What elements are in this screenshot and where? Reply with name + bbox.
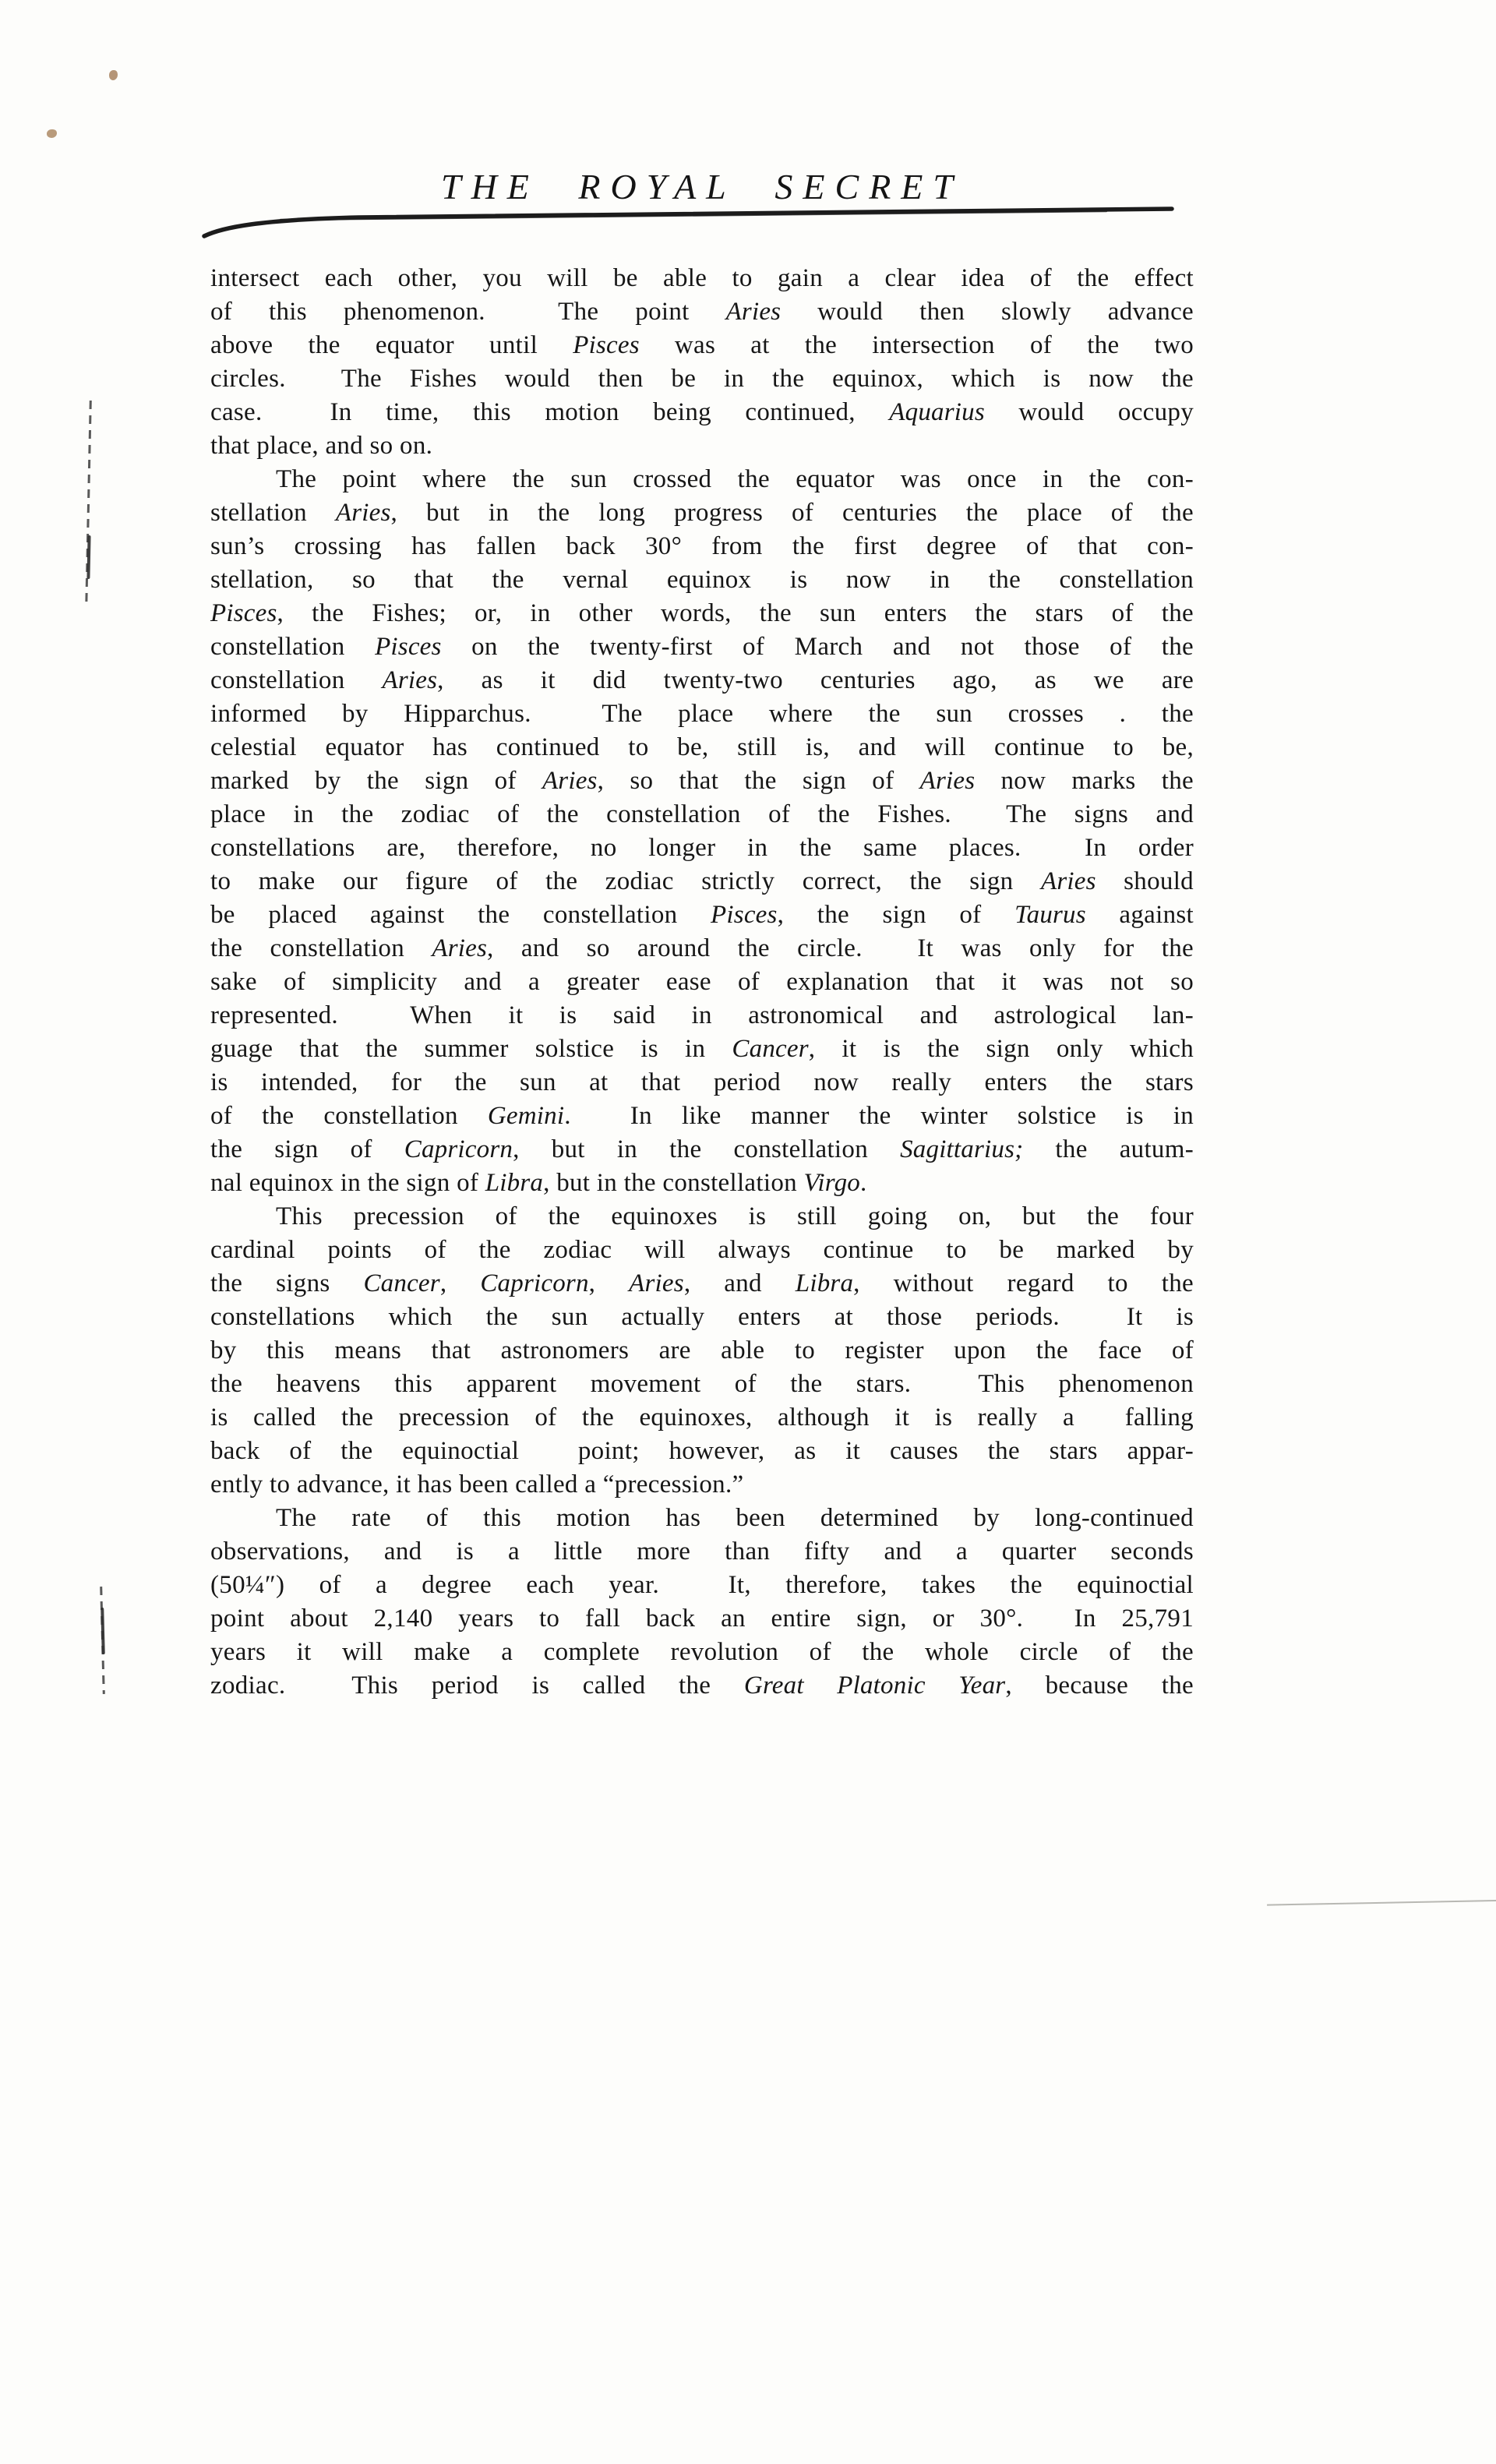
paragraph: The rate of this motion has been determi… xyxy=(210,1502,1194,1703)
text-line: place in the zodiac of the constellation… xyxy=(210,798,1194,831)
text-line: to make our figure of the zodiac strictl… xyxy=(210,865,1194,898)
text-line: is called the precession of the equinoxe… xyxy=(210,1401,1194,1435)
text-line: constellation Pisces on the twenty-first… xyxy=(210,630,1194,664)
text-line: stellation Aries, but in the long progre… xyxy=(210,496,1194,530)
text-line: constellations which the sun actually en… xyxy=(210,1301,1194,1334)
text-line: This precession of the equinoxes is stil… xyxy=(210,1200,1194,1234)
text-line: represented. When it is said in astronom… xyxy=(210,999,1194,1033)
text-line: The point where the sun crossed the equa… xyxy=(210,463,1194,496)
text-line: guage that the summer solstice is in Can… xyxy=(210,1033,1194,1066)
scan-speck xyxy=(109,70,118,80)
text-line: the heavens this apparent movement of th… xyxy=(210,1368,1194,1401)
text-line: (50¼″) of a degree each year. It, theref… xyxy=(210,1569,1194,1602)
paragraph: The point where the sun crossed the equa… xyxy=(210,463,1194,1200)
text-line: of the constellation Gemini. In like man… xyxy=(210,1100,1194,1133)
text-line: sake of simplicity and a greater ease of… xyxy=(210,965,1194,999)
text-line: is intended, for the sun at that period … xyxy=(210,1066,1194,1100)
text-line: cardinal points of the zodiac will alway… xyxy=(210,1234,1194,1267)
text-line: point about 2,140 years to fall back an … xyxy=(210,1602,1194,1636)
page-body: intersect each other, you will be able t… xyxy=(210,262,1194,1703)
text-line: the constellation Aries, and so around t… xyxy=(210,932,1194,965)
text-line: be placed against the constellation Pisc… xyxy=(210,898,1194,932)
text-line: constellations are, therefore, no longer… xyxy=(210,831,1194,865)
text-line: celestial equator has continued to be, s… xyxy=(210,731,1194,764)
text-line: The rate of this motion has been determi… xyxy=(210,1502,1194,1535)
text-line: that place, and so on. xyxy=(210,429,1194,463)
text-line: circles. The Fishes would then be in the… xyxy=(210,362,1194,396)
book-page: THE ROYAL SECRET intersect each other, y… xyxy=(0,0,1496,2464)
header-rule xyxy=(187,199,1192,245)
margin-fold-mark xyxy=(86,535,90,579)
text-line: intersect each other, you will be able t… xyxy=(210,262,1194,295)
text-line: years it will make a complete revolution… xyxy=(210,1636,1194,1669)
text-line: observations, and is a little more than … xyxy=(210,1535,1194,1569)
scan-speck xyxy=(47,129,57,138)
margin-fold-mark xyxy=(101,1608,105,1654)
text-line: marked by the sign of Aries, so that the… xyxy=(210,764,1194,798)
scan-line-artifact xyxy=(1267,1900,1496,1906)
paragraph: This precession of the equinoxes is stil… xyxy=(210,1200,1194,1502)
text-line: informed by Hipparchus. The place where … xyxy=(210,697,1194,731)
text-line: sun’s crossing has fallen back 30° from … xyxy=(210,530,1194,563)
text-line: nal equinox in the sign of Libra, but in… xyxy=(210,1167,1194,1200)
paragraph: intersect each other, you will be able t… xyxy=(210,262,1194,463)
text-line: zodiac. This period is called the Great … xyxy=(210,1669,1194,1703)
text-line: back of the equinoctial point; however, … xyxy=(210,1435,1194,1468)
text-line: of this phenomenon. The point Aries woul… xyxy=(210,295,1194,329)
text-line: ently to advance, it has been called a “… xyxy=(210,1468,1194,1502)
text-line: the sign of Capricorn, but in the conste… xyxy=(210,1133,1194,1167)
text-line: above the equator until Pisces was at th… xyxy=(210,329,1194,362)
text-line: the signs Cancer, Capricorn, Aries, and … xyxy=(210,1267,1194,1301)
text-line: Pisces, the Fishes; or, in other words, … xyxy=(210,597,1194,630)
text-line: stellation, so that the vernal equinox i… xyxy=(210,563,1194,597)
text-line: by this means that astronomers are able … xyxy=(210,1334,1194,1368)
text-line: constellation Aries, as it did twenty-tw… xyxy=(210,664,1194,697)
text-line: case. In time, this motion being continu… xyxy=(210,396,1194,429)
